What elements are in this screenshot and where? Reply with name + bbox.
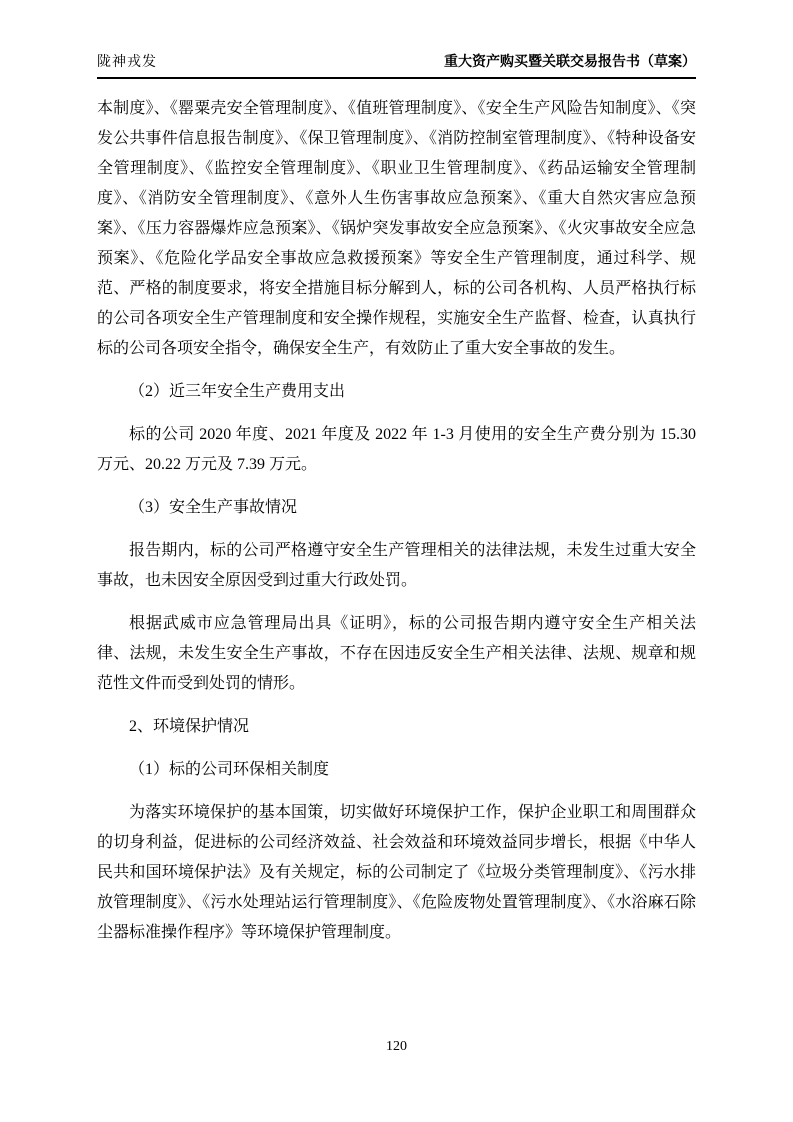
page-header: 陇神戎发 重大资产购买暨关联交易报告书（草案） [97, 54, 696, 76]
page-footer: 120 [0, 1038, 793, 1056]
header-company-short-name: 陇神戎发 [97, 54, 157, 72]
heading-safety-production-expense: （2）近三年安全生产费用支出 [97, 377, 696, 407]
header-report-title: 重大资产购买暨关联交易报告书（草案） [444, 54, 696, 72]
heading-environmental-systems: （1）标的公司环保相关制度 [97, 755, 696, 785]
heading-safety-accidents: （3）安全生产事故情况 [97, 493, 696, 523]
paragraph-safety-management-systems: 本制度》、《罂粟壳安全管理制度》、《值班管理制度》、《安全生产风险告知制度》、《… [97, 94, 696, 364]
header-divider [97, 77, 696, 79]
paragraph-wuwei-certificate: 根据武威市应急管理局出具《证明》，标的公司报告期内遵守安全生产相关法律、法规，未… [97, 609, 696, 699]
paragraph-safety-accidents: 报告期内，标的公司严格遵守安全生产管理相关的法律法规，未发生过重大安全事故，也未… [97, 536, 696, 596]
page-number: 120 [386, 1039, 407, 1054]
document-body: 本制度》、《罂粟壳安全管理制度》、《值班管理制度》、《安全生产风险告知制度》、《… [97, 94, 696, 948]
paragraph-environmental-systems: 为落实环境保护的基本国策，切实做好环境保护工作，保护企业职工和周围群众的切身利益… [97, 798, 696, 948]
heading-environmental-protection: 2、环境保护情况 [97, 712, 696, 742]
report-page: 陇神戎发 重大资产购买暨关联交易报告书（草案） 本制度》、《罂粟壳安全管理制度》… [0, 0, 793, 1122]
paragraph-safety-production-expense: 标的公司 2020 年度、2021 年度及 2022 年 1-3 月使用的安全生… [97, 420, 696, 480]
